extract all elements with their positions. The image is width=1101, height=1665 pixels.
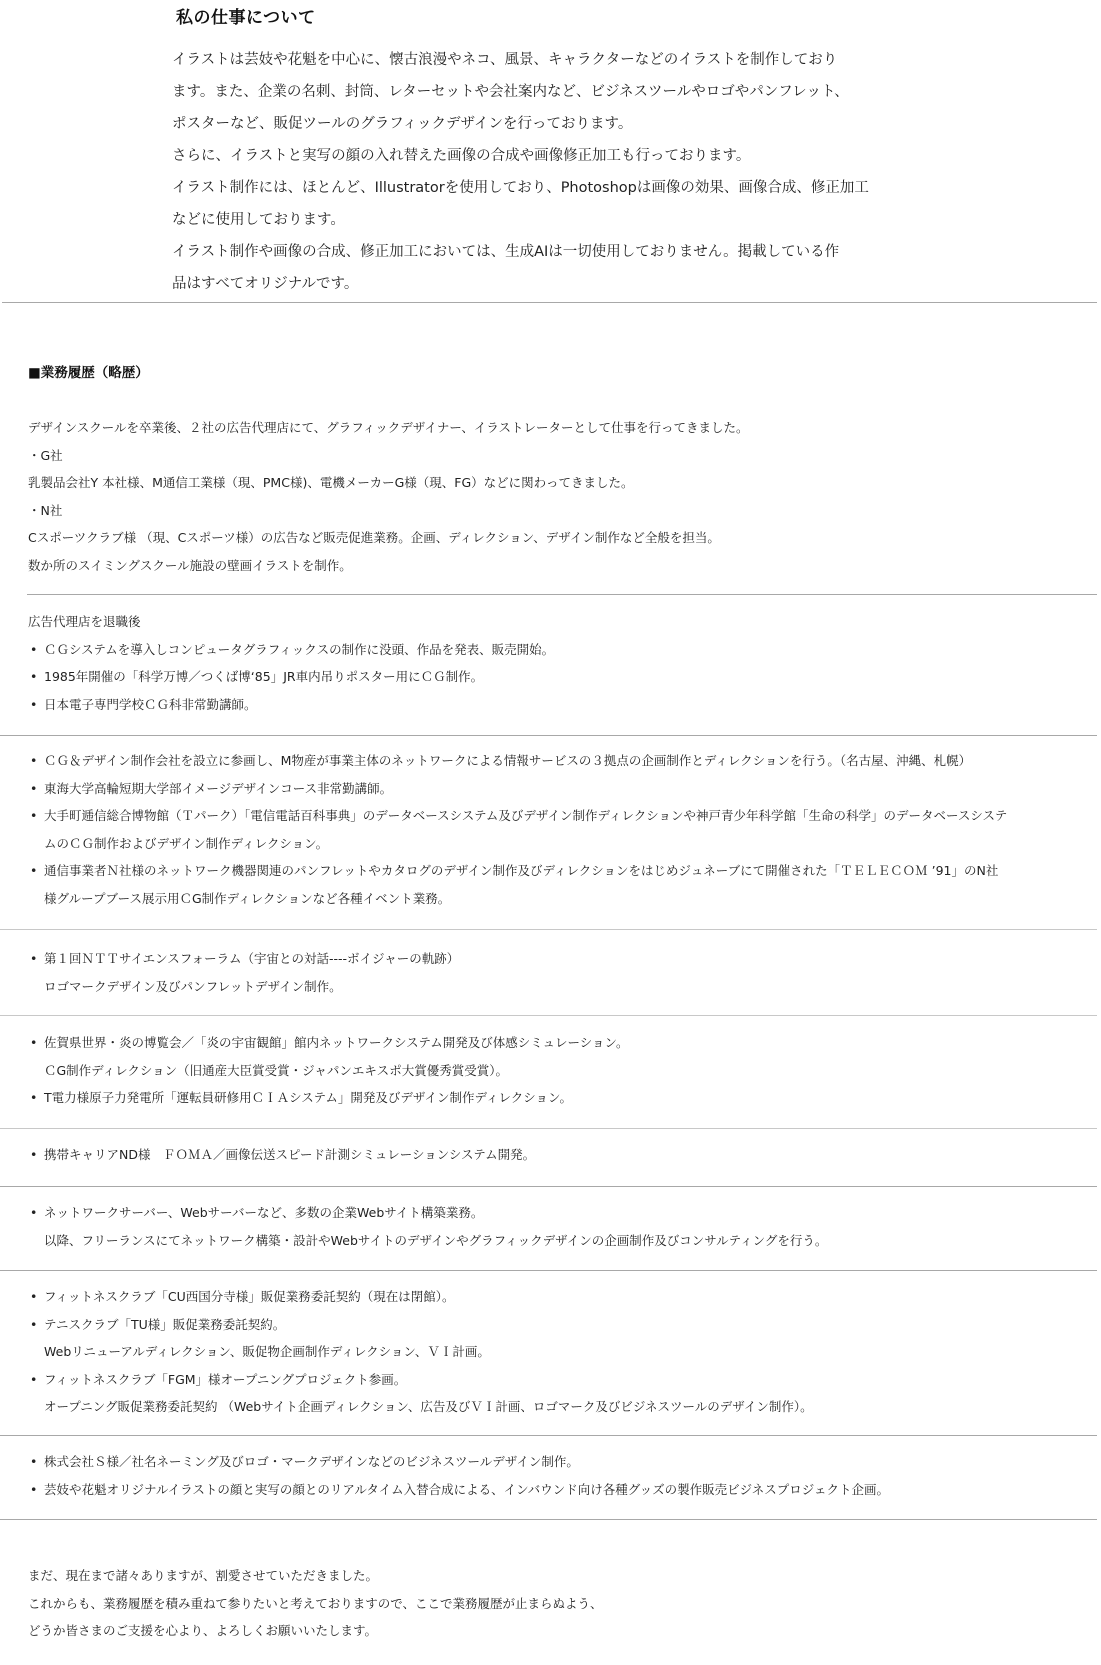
history-text: 乳製品会社Y 本社様、M通信工業様（現、PMC様)、電機メーカーG様（現、FG）… — [28, 469, 1098, 497]
list-item-continuation: ロゴマークデザイン及びパンフレットデザイン制作。 — [28, 973, 1098, 1001]
list-item-text: 通信事業者Ｎ社様のネットワーク機器関連のパンフレットやカタログのデザイン制作及び… — [44, 863, 998, 878]
bullet-icon: • — [30, 1199, 37, 1227]
list-item-text: フィットネスクラブ「FGM」様オープニングプロジェクト参画。 — [44, 1372, 406, 1387]
bullet-icon: • — [30, 1283, 37, 1311]
list-item: •フィットネスクラブ「FGM」様オープニングプロジェクト参画。 — [28, 1366, 1098, 1394]
list-item-text: T電力様原子力発電所「運転員研修用ＣＩＡシステム」開発及びデザイン制作ディレクシ… — [44, 1090, 572, 1105]
bullet-icon: • — [30, 1141, 37, 1169]
company-label-n: ・N社 — [28, 497, 1098, 525]
list-item: •T電力様原子力発電所「運転員研修用ＣＩＡシステム」開発及びデザイン制作ディレク… — [28, 1084, 1098, 1112]
list-item-text: 芸妓や花魁オリジナルイラストの顔と実写の顔とのリアルタイム入替合成による、インバ… — [44, 1482, 889, 1497]
bullet-icon: • — [30, 1029, 37, 1057]
divider — [0, 1519, 1097, 1520]
history-header: ■業務履歴（略歴） — [28, 360, 1098, 388]
bullet-icon: • — [30, 775, 37, 803]
history-text: 広告代理店を退職後 — [28, 608, 1098, 636]
bullet-icon: • — [30, 1448, 37, 1476]
divider — [0, 735, 1097, 736]
list-item: •日本電子専門学校ＣＧ科非常勤講師。 — [28, 691, 1098, 719]
list-item: •テニスクラブ「TU様」販促業務委託契約。 — [28, 1311, 1098, 1339]
bullet-icon: • — [30, 1311, 37, 1339]
list-item-text: 日本電子専門学校ＣＧ科非常勤講師。 — [44, 697, 257, 712]
divider — [0, 1186, 1097, 1187]
bullet-icon: • — [30, 945, 37, 973]
divider — [0, 1270, 1097, 1271]
history-block-early-career: デザインスクールを卒業後、２社の広告代理店にて、グラフィックデザイナー、イラスト… — [28, 414, 1098, 579]
closing-line: これからも、業務履歴を積み重ねて参りたいと考えておりますので、ここで業務履歴が止… — [28, 1590, 1098, 1618]
list-item: •フィットネスクラブ「CU西国分寺様」販促業務委託契約（現在は閉館）。 — [28, 1283, 1098, 1311]
list-item: •1985年開催の「科学万博／つくば博‘85」JR車内吊りポスター用にＣＧ制作。 — [28, 663, 1098, 691]
bullet-icon: • — [30, 663, 37, 691]
history-text: 数か所のスイミングスクール施設の壁画イラストを制作。 — [28, 552, 1098, 580]
bullet-icon: • — [30, 1476, 37, 1504]
list-item-continuation: 以降、フリーランスにてネットワーク構築・設計やWebサイトのデザインやグラフィッ… — [28, 1227, 1098, 1255]
divider — [27, 594, 1097, 595]
company-label-g: ・G社 — [28, 442, 1098, 470]
about-line: イラスト制作や画像の合成、修正加工においては、生成AIは一切使用しておりません。… — [172, 236, 932, 268]
bullet-icon: • — [30, 636, 37, 664]
history-block-ntt-forum: •第１回ＮＴＴサイエンスフォーラム（宇宙との対話----ボイジャーの軌跡） ロゴ… — [28, 945, 1098, 1000]
about-line: などに使用しております。 — [172, 204, 932, 236]
about-line: ポスターなど、販促ツールのグラフィックデザインを行っております。 — [172, 108, 932, 140]
divider — [2, 302, 1097, 303]
history-title: ■業務履歴（略歴） — [28, 360, 1098, 388]
about-line: さらに、イラストと実写の顔の入れ替えた画像の合成や画像修正加工も行っております。 — [172, 140, 932, 172]
divider — [0, 929, 1097, 930]
about-line: 品はすべてオリジナルです。 — [172, 268, 932, 300]
about-line: ます。また、企業の名刺、封筒、レターセットや会社案内など、ビジネスツールやロゴや… — [172, 76, 932, 108]
history-block-web: •ネットワークサーバー、Webサーバーなど、多数の企業Webサイト構築業務。 以… — [28, 1199, 1098, 1254]
bullet-icon: • — [30, 691, 37, 719]
list-item: •ＣＧ＆デザイン制作会社を設立に参画し、M物産が事業主体のネットワークによる情報… — [28, 747, 1098, 775]
history-text: Cスポーツクラブ様 （現、Cスポーツ様）の広告など販売促進業務。企画、ディレクシ… — [28, 524, 1098, 552]
history-block-saga-expo: •佐賀県世界・炎の博覧会／「炎の宇宙観館」館内ネットワークシステム開発及び体感シ… — [28, 1029, 1098, 1112]
list-item: •通信事業者Ｎ社様のネットワーク機器関連のパンフレットやカタログのデザイン制作及… — [28, 857, 1098, 885]
list-item: •携帯キャリアND様 ＦＯＭＡ／画像伝送スピード計測シミュレーションシステム開発… — [28, 1141, 1098, 1169]
list-item: •東海大学高輪短期大学部イメージデザインコース非常勤講師。 — [28, 775, 1098, 803]
list-item: •株式会社Ｓ様／社名ネーミング及びロゴ・マークデザインなどのビジネスツールデザイ… — [28, 1448, 1098, 1476]
list-item-text: 佐賀県世界・炎の博覧会／「炎の宇宙観館」館内ネットワークシステム開発及び体感シミ… — [44, 1035, 629, 1050]
about-title: 私の仕事について — [176, 6, 932, 30]
about-line: イラストは芸妓や花魁を中心に、懐古浪漫やネコ、風景、キャラクターなどのイラストを… — [172, 44, 932, 76]
list-item-continuation: ムのＣＧ制作およびデザイン制作ディレクション。 — [28, 830, 1098, 858]
list-item-continuation: Webリニューアルディレクション、販促物企画制作ディレクション、ＶＩ計画。 — [28, 1338, 1098, 1366]
history-block-foma: •携帯キャリアND様 ＦＯＭＡ／画像伝送スピード計測シミュレーションシステム開発… — [28, 1141, 1098, 1169]
divider — [0, 1128, 1097, 1129]
list-item-text: 大手町逓信総合博物館（Ｔパーク）「電信電話百科事典」のデータベースシステム及びデ… — [44, 808, 1007, 823]
history-block-cg-company: •ＣＧ＆デザイン制作会社を設立に参画し、M物産が事業主体のネットワークによる情報… — [28, 747, 1098, 912]
list-item-continuation: ＣG制作ディレクション（旧通産大臣賞受賞・ジャパンエキスポ大賞優秀賞受賞）。 — [28, 1057, 1098, 1085]
bullet-icon: • — [30, 747, 37, 775]
about-section: 私の仕事について イラストは芸妓や花魁を中心に、懐古浪漫やネコ、風景、キャラクタ… — [172, 0, 932, 300]
list-item-text: テニスクラブ「TU様」販促業務委託契約。 — [44, 1317, 285, 1332]
list-item: •大手町逓信総合博物館（Ｔパーク）「電信電話百科事典」のデータベースシステム及び… — [28, 802, 1098, 830]
closing-line: まだ、現在まで諸々ありますが、割愛させていただきました。 — [28, 1562, 1098, 1590]
list-item-text: フィットネスクラブ「CU西国分寺様」販促業務委託契約（現在は閉館）。 — [44, 1289, 455, 1304]
bullet-icon: • — [30, 802, 37, 830]
list-item-continuation: 様グループブース展示用ＣG制作ディレクションなど各種イベント業務。 — [28, 885, 1098, 913]
divider — [0, 1015, 1097, 1016]
list-item-text: ＣＧシステムを導入しコンピュータグラフィックスの制作に没頭、作品を発表、販売開始… — [44, 642, 554, 657]
divider — [0, 1435, 1097, 1436]
history-block-recent: •株式会社Ｓ様／社名ネーミング及びロゴ・マークデザインなどのビジネスツールデザイ… — [28, 1448, 1098, 1503]
list-item-text: 1985年開催の「科学万博／つくば博‘85」JR車内吊りポスター用にＣＧ制作。 — [44, 669, 483, 684]
closing-message: まだ、現在まで諸々ありますが、割愛させていただきました。 これからも、業務履歴を… — [28, 1562, 1098, 1645]
bullet-icon: • — [30, 1366, 37, 1394]
list-item: •芸妓や花魁オリジナルイラストの顔と実写の顔とのリアルタイム入替合成による、イン… — [28, 1476, 1098, 1504]
about-line: イラスト制作には、ほとんど、Illustratorを使用しており、Photosh… — [172, 172, 932, 204]
history-block-fitness: •フィットネスクラブ「CU西国分寺様」販促業務委託契約（現在は閉館）。 •テニス… — [28, 1283, 1098, 1421]
list-item: •ネットワークサーバー、Webサーバーなど、多数の企業Webサイト構築業務。 — [28, 1199, 1098, 1227]
list-item-text: 携帯キャリアND様 ＦＯＭＡ／画像伝送スピード計測シミュレーションシステム開発。 — [44, 1147, 535, 1162]
bullet-icon: • — [30, 1084, 37, 1112]
list-item-text: 第１回ＮＴＴサイエンスフォーラム（宇宙との対話----ボイジャーの軌跡） — [44, 951, 459, 966]
bullet-icon: • — [30, 857, 37, 885]
list-item-text: 東海大学高輪短期大学部イメージデザインコース非常勤講師。 — [44, 781, 392, 796]
closing-line: どうか皆さまのご支援を心より、よろしくお願いいたします。 — [28, 1617, 1098, 1645]
list-item-continuation: オープニング販促業務委託契約 （Webサイト企画ディレクション、広告及びＶＩ計画… — [28, 1393, 1098, 1421]
about-body: イラストは芸妓や花魁を中心に、懐古浪漫やネコ、風景、キャラクターなどのイラストを… — [172, 44, 932, 300]
history-text: デザインスクールを卒業後、２社の広告代理店にて、グラフィックデザイナー、イラスト… — [28, 414, 1098, 442]
list-item: •第１回ＮＴＴサイエンスフォーラム（宇宙との対話----ボイジャーの軌跡） — [28, 945, 1098, 973]
list-item: •佐賀県世界・炎の博覧会／「炎の宇宙観館」館内ネットワークシステム開発及び体感シ… — [28, 1029, 1098, 1057]
history-block-after-agency: 広告代理店を退職後 •ＣＧシステムを導入しコンピュータグラフィックスの制作に没頭… — [28, 608, 1098, 718]
list-item-text: ＣＧ＆デザイン制作会社を設立に参画し、M物産が事業主体のネットワークによる情報サ… — [44, 753, 971, 768]
list-item-text: 株式会社Ｓ様／社名ネーミング及びロゴ・マークデザインなどのビジネスツールデザイン… — [44, 1454, 579, 1469]
list-item: •ＣＧシステムを導入しコンピュータグラフィックスの制作に没頭、作品を発表、販売開… — [28, 636, 1098, 664]
list-item-text: ネットワークサーバー、Webサーバーなど、多数の企業Webサイト構築業務。 — [44, 1205, 483, 1220]
